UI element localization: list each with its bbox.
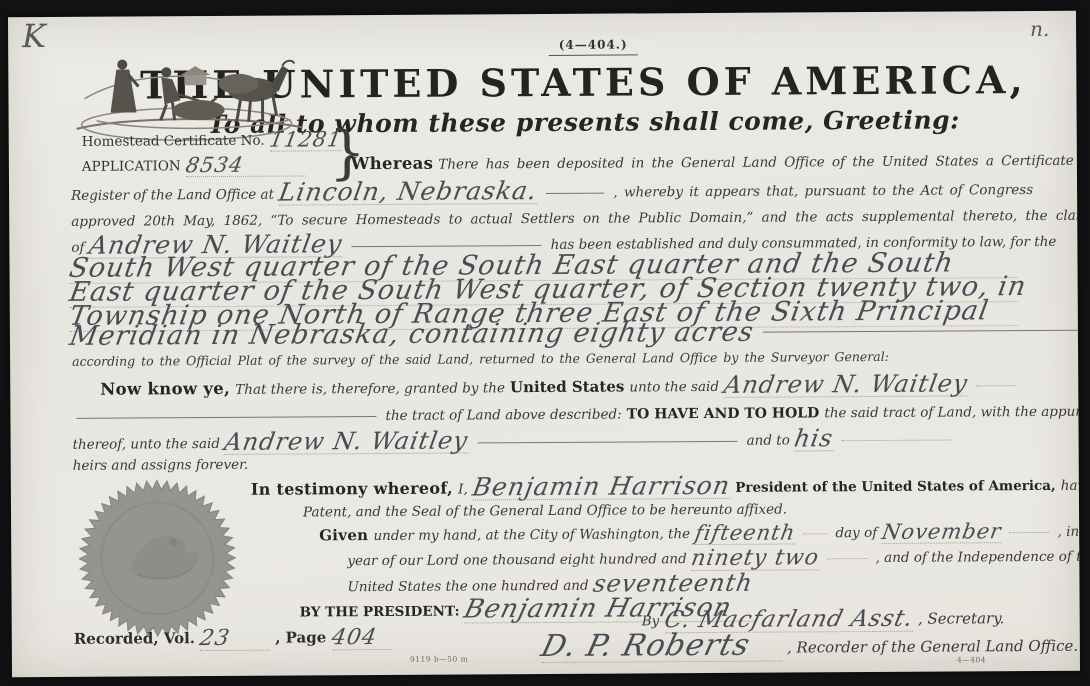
heirs-pronoun: his <box>793 426 836 450</box>
by-label: By <box>642 613 660 629</box>
day-of-label: day of <box>835 525 877 541</box>
form-number: (4—404.) <box>549 37 638 56</box>
heirs-assigns-text: heirs and assigns forever. <box>73 457 249 474</box>
now-know-ye-lead: Now know ye, <box>100 379 230 399</box>
whereas-deposited-text: There has been deposited in the General … <box>438 152 1080 172</box>
homestead-certificate-label: Homestead Certificate No. <box>82 133 265 150</box>
given-lead: Given <box>319 526 368 544</box>
recorded-volume: 23 <box>198 628 232 650</box>
application-number: 8534 <box>184 155 245 176</box>
president-name-handwritten: Benjamin Harrison <box>471 473 733 500</box>
act-of-congress-text: approved 20th May, 1862, “To secure Home… <box>71 208 1080 230</box>
testimony-i: I, <box>458 481 468 497</box>
by-the-president-label: BY THE PRESIDENT: <box>300 604 460 621</box>
thereof-label: thereof, unto the said <box>73 436 220 453</box>
president-title-gothic: President of the United States of Americ… <box>735 478 1056 496</box>
year-pre-text: year of our Lord one thousand eight hund… <box>347 551 686 569</box>
register-label: Register of the Land Office at <box>71 187 274 204</box>
united-states-gothic: United States <box>510 378 624 397</box>
official-plat-text: according to the Official Plat of the su… <box>72 349 889 369</box>
land-office-location: Lincoln, Nebraska. <box>277 178 539 205</box>
year-post-text: , and of the Independence of the <box>875 549 1080 566</box>
to-have-and-to-hold: TO HAVE AND TO HOLD <box>627 405 820 422</box>
patent-seal-text: Patent, and the Seal of the General Land… <box>303 502 787 521</box>
corner-mark-left: K <box>22 17 46 55</box>
recorder-signature: D. P. Roberts <box>538 631 753 662</box>
testimony-lead: In testimony whereof, <box>251 479 453 499</box>
whereas-lead: Whereas <box>351 154 433 174</box>
scanned-photo-frame: K n. (4—404.) THE UNITED STATES OF AMERI… <box>0 0 1090 686</box>
printer-code: 9119 b—50 m <box>410 654 468 663</box>
month-handwritten: November <box>880 521 1003 543</box>
day-handwritten: fifteenth <box>693 522 797 544</box>
secretary-title: , Secretary. <box>918 609 1005 628</box>
footer-form-code: 4—404 <box>957 655 986 664</box>
recorded-page-label: , Page <box>275 628 326 646</box>
recorded-vol-label: Recorded, Vol. <box>74 629 195 648</box>
independence-pre-text: United States the one hundred and <box>347 578 588 595</box>
grant-body-text: That there is, therefore, granted by the <box>235 380 505 398</box>
application-label: APPLICATION <box>82 158 181 175</box>
register-post-text: , whereby it appears that, pursuant to t… <box>613 182 1033 201</box>
corner-mark-right: n. <box>1030 17 1049 41</box>
land-description-line-4: Meridian in Nebraska, containing eighty … <box>68 319 756 350</box>
thereof-grantee-name: Andrew N. Waitley <box>223 428 470 454</box>
general-land-office-seal <box>77 478 238 643</box>
embossed-seal-icon <box>77 478 238 639</box>
land-patent-document: K n. (4—404.) THE UNITED STATES OF AMERI… <box>8 11 1080 678</box>
appurtenances-text: the said tract of Land, with the appurte… <box>824 403 1080 421</box>
recorded-page-number: 404 <box>329 627 378 649</box>
recorder-title: , Recorder of the General Land Office. <box>787 637 1078 657</box>
year-handwritten: ninety two <box>690 547 821 570</box>
grantee-name: Andrew N. Waitley <box>722 371 969 397</box>
unto-the-said-text: unto the said <box>629 379 719 396</box>
in-the-label: , in the <box>1058 524 1080 540</box>
given-body-text: under my hand, at the City of Washington… <box>373 526 690 544</box>
caused-letters-text: have caused these letters to be made <box>1061 476 1080 494</box>
tract-described-text: the tract of Land above described: <box>385 407 621 424</box>
and-to-label: and to <box>747 433 790 449</box>
